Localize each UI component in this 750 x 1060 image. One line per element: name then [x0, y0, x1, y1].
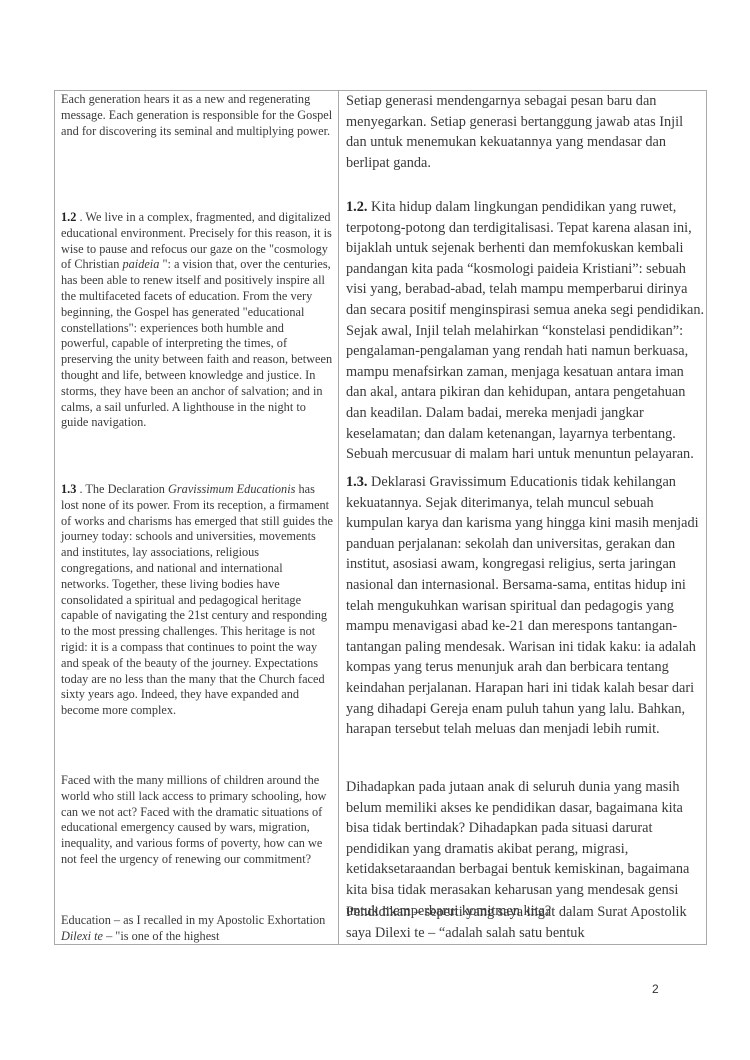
- english-paragraph-1-2: 1.2 . We live in a complex, fragmented, …: [61, 210, 333, 431]
- indonesian-paragraph-1: Setiap generasi mendengarnya sebagai pes…: [346, 91, 706, 173]
- indonesian-paragraph-1-3: 1.3. Deklarasi Gravissimum Educationis t…: [346, 472, 706, 740]
- indonesian-paragraph-1-2: 1.2. Kita hidup dalam lingkungan pendidi…: [346, 197, 706, 465]
- section-number: 1.2: [61, 210, 76, 224]
- indonesian-paragraph-4: Dihadapkan pada jutaan anak di seluruh d…: [346, 777, 706, 921]
- english-paragraph-1-3: 1.3 . The Declaration Gravissimum Educat…: [61, 482, 333, 719]
- column-divider: [338, 91, 339, 944]
- page-number: 2: [652, 982, 659, 996]
- english-paragraph-4: Faced with the many millions of children…: [61, 773, 333, 868]
- section-number: 1.2.: [346, 199, 367, 215]
- english-paragraph-1: Each generation hears it as a new and re…: [61, 92, 333, 139]
- section-number: 1.3.: [346, 474, 367, 490]
- bilingual-table: Each generation hears it as a new and re…: [54, 90, 707, 945]
- section-number: 1.3: [61, 482, 76, 496]
- english-paragraph-5: Education – as I recalled in my Apostoli…: [61, 913, 333, 945]
- indonesian-paragraph-5: Pendidikan – seperti yang saya ingat dal…: [346, 902, 706, 943]
